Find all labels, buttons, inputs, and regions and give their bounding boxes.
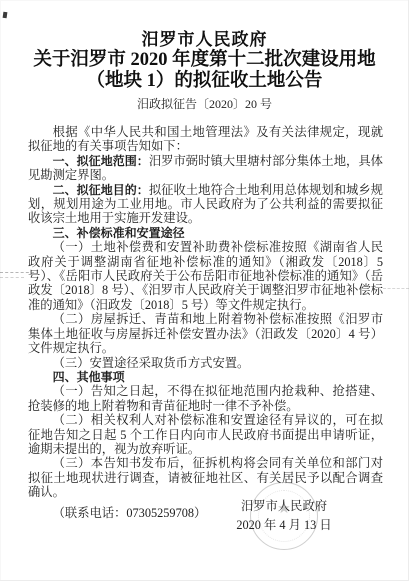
document-title: 汨罗市人民政府 关于汨罗市 2020 年度第十二批次建设用地 （地块 1）的拟征… bbox=[0, 30, 409, 92]
body-paragraph: 三、补偿标准和安置途径 bbox=[28, 226, 383, 240]
signature-date: 2020 年 4 月 13 日 bbox=[236, 516, 332, 535]
body-paragraph: （二）房屋拆迁、青苗和地上附着物补偿标准按照《汨罗市集体土地征收与房屋拆迁补偿安… bbox=[28, 312, 383, 355]
body-paragraph: （三）本告知书发布后，征拆机构将会同有关单位和部门对拟征土地现状进行调查，请被征… bbox=[28, 456, 383, 499]
paragraph-text: （二）相关权利人对补偿标准和安置途径有异议的，可在拟征地告知之日起 5 个工作日… bbox=[28, 413, 383, 456]
scan-dash-artifact bbox=[0, 272, 34, 273]
body-paragraph: 一、拟征地范围：汨罗市弼时镇大里塘村部分集体土地，具体见勘测定界图。 bbox=[28, 154, 383, 183]
paragraph-text: （一）土地补偿费和安置补助费补偿标准按照《湖南省人民政府关于调整湖南省征地补偿标… bbox=[28, 240, 383, 312]
title-issuer-line: 汨罗市人民政府 bbox=[0, 30, 409, 50]
signature-issuer: 汨罗市人民政府 bbox=[236, 497, 332, 516]
scan-dash-artifact bbox=[0, 277, 24, 278]
body-paragraph: （一）土地补偿费和安置补助费补偿标准按照《湖南省人民政府关于调整湖南省征地补偿标… bbox=[28, 240, 383, 312]
title-subject-line-2: （地块 1）的拟征收土地公告 bbox=[0, 71, 409, 92]
title-subject-line-1: 关于汨罗市 2020 年度第十二批次建设用地 bbox=[0, 50, 409, 71]
paragraph-text: （三）安置途径采取货币方式安置。 bbox=[53, 356, 250, 370]
paragraph-text: （三）本告知书发布后，征拆机构将会同有关单位和部门对拟征土地现状进行调查，请被征… bbox=[28, 456, 383, 499]
signature-block: 汨罗市人民政府 2020 年 4 月 13 日 bbox=[236, 497, 332, 535]
body-paragraph: 根据《中华人民共和国土地管理法》及有关法律规定，现就拟征地的有关事项告知如下： bbox=[28, 125, 383, 154]
body-paragraph: （一）告知之日起，不得在拟征地范围内抢栽种、抢搭建、抢装修的地上附着物和青苗征地… bbox=[28, 384, 383, 413]
body-paragraph: 四、其他事项 bbox=[28, 370, 383, 384]
scan-dash-artifact bbox=[383, 288, 409, 289]
body-paragraph: （二）相关权利人对补偿标准和安置途径有异议的，可在拟征地告知之日起 5 个工作日… bbox=[28, 413, 383, 456]
paragraph-text: 根据《中华人民共和国土地管理法》及有关法律规定，现就拟征地的有关事项告知如下： bbox=[28, 125, 383, 153]
body-paragraph: （三）安置途径采取货币方式安置。 bbox=[28, 356, 383, 370]
section-heading: 二、拟征地目的： bbox=[53, 183, 149, 197]
scanned-announcement-page: 汨罗市人民政府 关于汨罗市 2020 年度第十二批次建设用地 （地块 1）的拟征… bbox=[0, 0, 409, 581]
scan-speck-artifact bbox=[3, 12, 8, 18]
document-body: 根据《中华人民共和国土地管理法》及有关法律规定，现就拟征地的有关事项告知如下： … bbox=[28, 125, 383, 520]
section-heading: 四、其他事项 bbox=[53, 370, 125, 384]
paragraph-text: （二）房屋拆迁、青苗和地上附着物补偿标准按照《汨罗市集体土地征收与房屋拆迁补偿安… bbox=[28, 312, 383, 355]
section-heading: 三、补偿标准和安置途径 bbox=[53, 226, 185, 240]
paragraph-text: （一）告知之日起，不得在拟征地范围内抢栽种、抢搭建、抢装修的地上附着物和青苗征地… bbox=[28, 384, 383, 412]
document-number: 汨政拟征告〔2020〕20 号 bbox=[0, 97, 409, 112]
body-paragraph: 二、拟征地目的：拟征收土地符合土地利用总体规划和城乡规划，规划用途为工业用地。市… bbox=[28, 183, 383, 226]
section-heading: 一、拟征地范围： bbox=[53, 154, 149, 168]
